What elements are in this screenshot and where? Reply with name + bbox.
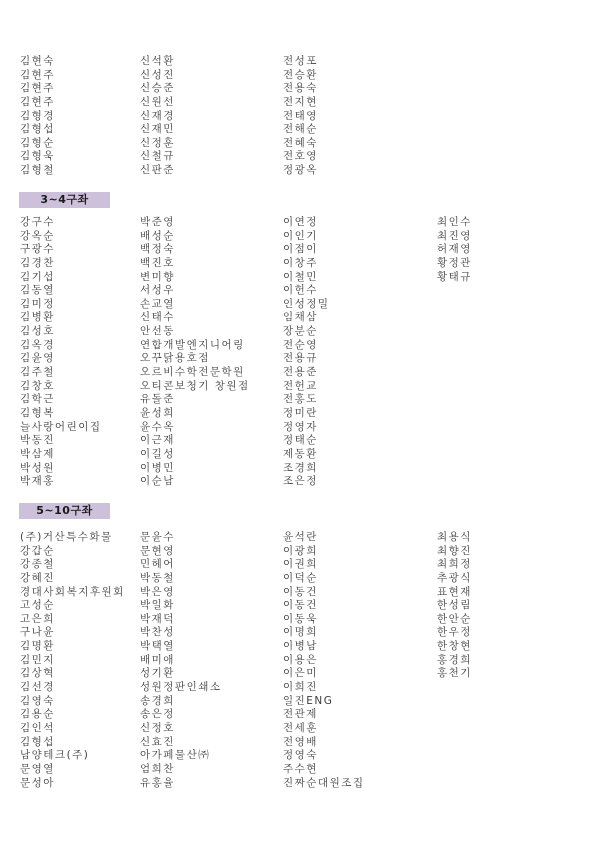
name-item: 윤수옥 (140, 421, 281, 435)
name-item: 박일화 (140, 599, 281, 613)
name-item: 최인수 (437, 216, 587, 230)
name-item: 전호영 (283, 150, 435, 164)
name-item: 김병환 (20, 311, 138, 325)
name-item: 김영숙 (20, 695, 138, 709)
name-item: 김형복 (20, 407, 138, 421)
name-item: 전지현 (283, 96, 435, 110)
name-item: 전해순 (283, 123, 435, 137)
name-item: 신판준 (140, 164, 281, 178)
name-item: 전용숙 (283, 82, 435, 96)
name-item: 윤석란 (283, 531, 435, 545)
name-item: 김형순 (20, 137, 138, 151)
name-item: 신원선 (140, 96, 281, 110)
name-item: 아가페물산㈜ (140, 749, 281, 763)
name-item: 김창호 (20, 380, 138, 394)
name-item: 허재영 (437, 243, 587, 257)
name-item: 신재경 (140, 110, 281, 124)
name-item: 문현영 (140, 545, 281, 559)
name-item: 박동진 (20, 434, 138, 448)
name-item: 홍천기 (437, 667, 587, 681)
name-item: 김형철 (20, 164, 138, 178)
name-item: 유홍율 (140, 777, 281, 791)
name-item: 윤성희 (140, 407, 281, 421)
name-item: 전헌교 (283, 380, 435, 394)
name-item: 이덕순 (283, 572, 435, 586)
name-item: 송은정 (140, 708, 281, 722)
name-item: 최희정 (437, 558, 587, 572)
name-item: 이병남 (283, 640, 435, 654)
name-item: 이헌수 (283, 284, 435, 298)
name-item: 남양테크(주) (20, 749, 138, 763)
name-item: 신효진 (140, 736, 281, 750)
name-item: 전영배 (283, 736, 435, 750)
name-item: 이동건 (283, 586, 435, 600)
name-item: 한우정 (437, 626, 587, 640)
section-header-5-10: 5~10구좌 (19, 503, 110, 519)
name-column-3-4-1: 강구수강옥순구광수김경찬김기섭김동열김미정김병환김성호김옥경김윤영김주철김창호김… (20, 216, 138, 489)
name-item: 고성순 (20, 599, 138, 613)
name-item: 전태영 (283, 110, 435, 124)
name-item: 정영숙 (283, 749, 435, 763)
name-item: 이순남 (140, 475, 281, 489)
name-item: 서성우 (140, 284, 281, 298)
name-item: 주수현 (283, 763, 435, 777)
name-column-continuation-3: 전성포전승환전용숙전지현전태영전해순전혜숙전호영정광옥 (283, 55, 435, 178)
name-item: 황태규 (437, 271, 587, 285)
name-column-continuation-1: 김현숙김현주김현주김현주김형경김형섭김형순김형욱김형철 (20, 55, 138, 178)
name-item: 전성포 (283, 55, 435, 69)
name-item: 전승환 (283, 69, 435, 83)
name-item: 백정숙 (140, 243, 281, 257)
name-column-3-4-3: 이연정이인기이점이이창주이철민이헌수인성정밀임채삼장분순전순영전용규전용준전헌교… (283, 216, 435, 489)
name-item: 표현재 (437, 586, 587, 600)
name-item: 연합개발엔지니어링 (140, 339, 281, 353)
name-item: 이점이 (283, 243, 435, 257)
name-item: 백진호 (140, 257, 281, 271)
name-item: 이희진 (283, 681, 435, 695)
name-item: 김명환 (20, 640, 138, 654)
name-item: 이연정 (283, 216, 435, 230)
name-item: 김현숙 (20, 55, 138, 69)
name-item: 임채삼 (283, 311, 435, 325)
name-item: 한안순 (437, 613, 587, 627)
name-item: 강갑순 (20, 545, 138, 559)
name-item: 신승준 (140, 82, 281, 96)
name-item: 정광옥 (283, 164, 435, 178)
name-item: 이근재 (140, 434, 281, 448)
name-item: 김동열 (20, 284, 138, 298)
name-item: 손교열 (140, 298, 281, 312)
name-item: 전용준 (283, 366, 435, 380)
name-column-5-10-1: (주)거산특수화물강갑순강종철강혜진경대사회복지후원회고성순고은희구나윤김명환김… (20, 531, 138, 790)
name-item: 김윤영 (20, 352, 138, 366)
name-item: 박삼제 (20, 448, 138, 462)
name-item: 김현주 (20, 69, 138, 83)
name-item: 유돌준 (140, 393, 281, 407)
name-item: 배성순 (140, 230, 281, 244)
name-item: 진짜순대원조집 (283, 777, 435, 791)
name-item: 전홍도 (283, 393, 435, 407)
name-item: 신태수 (140, 311, 281, 325)
name-item: 김민지 (20, 654, 138, 668)
name-item: 이권희 (283, 558, 435, 572)
name-item: 인성정밀 (283, 298, 435, 312)
name-item: 신철규 (140, 150, 281, 164)
name-item: 한성림 (437, 599, 587, 613)
name-item: 이길성 (140, 448, 281, 462)
name-item: 변미향 (140, 271, 281, 285)
name-item: 김옥경 (20, 339, 138, 353)
name-item: 안선동 (140, 325, 281, 339)
name-item: 문영열 (20, 763, 138, 777)
name-item: 이동건 (283, 599, 435, 613)
name-item: 늘사랑어린이집 (20, 421, 138, 435)
name-item: 김상혁 (20, 667, 138, 681)
name-item: 김형욱 (20, 150, 138, 164)
name-item: 이광희 (283, 545, 435, 559)
name-item: 이창주 (283, 257, 435, 271)
name-item: 전세훈 (283, 722, 435, 736)
name-item: 최용식 (437, 531, 587, 545)
name-item: 이은미 (283, 667, 435, 681)
name-item: 김성호 (20, 325, 138, 339)
name-item: 한창현 (437, 640, 587, 654)
name-item: 신석환 (140, 55, 281, 69)
name-item: 오르비수학전문학원 (140, 366, 281, 380)
name-item: 김기섭 (20, 271, 138, 285)
name-item: 일진ENG (283, 695, 435, 709)
name-item: 강종철 (20, 558, 138, 572)
name-item: 박택열 (140, 640, 281, 654)
name-item: 강옥순 (20, 230, 138, 244)
name-item: 김현주 (20, 82, 138, 96)
name-item: 전순영 (283, 339, 435, 353)
name-item: 장분순 (283, 325, 435, 339)
name-item: 오티콘보청기 창원점 (140, 380, 281, 394)
name-item: 조은정 (283, 475, 435, 489)
name-column-3-4-2: 박준영배성순백정숙백진호변미향서성우손교열신태수안선동연합개발엔지니어링오꾸닭용… (140, 216, 281, 489)
name-item: 강혜진 (20, 572, 138, 586)
name-item: 문윤수 (140, 531, 281, 545)
name-item: 김현주 (20, 96, 138, 110)
name-item: 추광식 (437, 572, 587, 586)
name-item: 이병민 (140, 462, 281, 476)
name-item: 이명희 (283, 626, 435, 640)
name-item: 박준영 (140, 216, 281, 230)
name-item: 정미란 (283, 407, 435, 421)
name-item: (주)거산특수화물 (20, 531, 138, 545)
name-item: 엄희찬 (140, 763, 281, 777)
section-header-3-4: 3~4구좌 (19, 192, 110, 208)
name-item: 홍경희 (437, 654, 587, 668)
name-item: 김형섭 (20, 736, 138, 750)
name-item: 김주철 (20, 366, 138, 380)
name-item: 고은희 (20, 613, 138, 627)
name-column-continuation-2: 신석환신성진신승준신원선신재경신재민신정훈신철규신판준 (140, 55, 281, 178)
name-item: 구나윤 (20, 626, 138, 640)
name-item: 구광수 (20, 243, 138, 257)
name-item: 박찬성 (140, 626, 281, 640)
donor-list-page: 김현숙김현주김현주김현주김형경김형섭김형순김형욱김형철 신석환신성진신승준신원선… (0, 0, 600, 848)
name-item: 송경희 (140, 695, 281, 709)
name-item: 이동욱 (283, 613, 435, 627)
name-item: 신정훈 (140, 137, 281, 151)
name-column-5-10-2: 문윤수문현영민헤어박동철박은영박일화박재덕박찬성박택열배미애성기환성원정판인쇄소… (140, 531, 281, 790)
name-item: 전혜숙 (283, 137, 435, 151)
name-item: 성원정판인쇄소 (140, 681, 281, 695)
name-item: 전관제 (283, 708, 435, 722)
name-item: 강구수 (20, 216, 138, 230)
name-item: 제동환 (283, 448, 435, 462)
name-item: 경대사회복지후원회 (20, 586, 138, 600)
name-item: 민헤어 (140, 558, 281, 572)
name-item: 박재덕 (140, 613, 281, 627)
name-item: 오꾸닭용호점 (140, 352, 281, 366)
name-item: 김선경 (20, 681, 138, 695)
name-item: 이인기 (283, 230, 435, 244)
name-item: 황정관 (437, 257, 587, 271)
name-item: 배미애 (140, 654, 281, 668)
name-item: 김경찬 (20, 257, 138, 271)
name-column-5-10-4: 최용식최향진최희정추광식표현재한성림한안순한우정한창현홍경희홍천기 (437, 531, 587, 681)
name-item: 박재홍 (20, 475, 138, 489)
name-item: 박은영 (140, 586, 281, 600)
name-item: 성기환 (140, 667, 281, 681)
name-item: 정태순 (283, 434, 435, 448)
name-item: 김미정 (20, 298, 138, 312)
name-item: 신성진 (140, 69, 281, 83)
name-item: 전용규 (283, 352, 435, 366)
name-item: 문성아 (20, 777, 138, 791)
name-item: 김용순 (20, 708, 138, 722)
name-item: 김형경 (20, 110, 138, 124)
name-item: 박성원 (20, 462, 138, 476)
name-item: 김학근 (20, 393, 138, 407)
name-item: 정영자 (283, 421, 435, 435)
name-item: 신정호 (140, 722, 281, 736)
name-item: 이철민 (283, 271, 435, 285)
name-item: 김인석 (20, 722, 138, 736)
name-item: 신재민 (140, 123, 281, 137)
name-column-3-4-4: 최인수최진영허재영황정관황태규 (437, 216, 587, 284)
name-column-5-10-3: 윤석란이광희이권희이덕순이동건이동건이동욱이명희이병남이용은이은미이희진일진EN… (283, 531, 435, 790)
name-item: 최향진 (437, 545, 587, 559)
name-item: 최진영 (437, 230, 587, 244)
name-item: 박동철 (140, 572, 281, 586)
name-item: 조경희 (283, 462, 435, 476)
name-item: 이용은 (283, 654, 435, 668)
name-item: 김형섭 (20, 123, 138, 137)
